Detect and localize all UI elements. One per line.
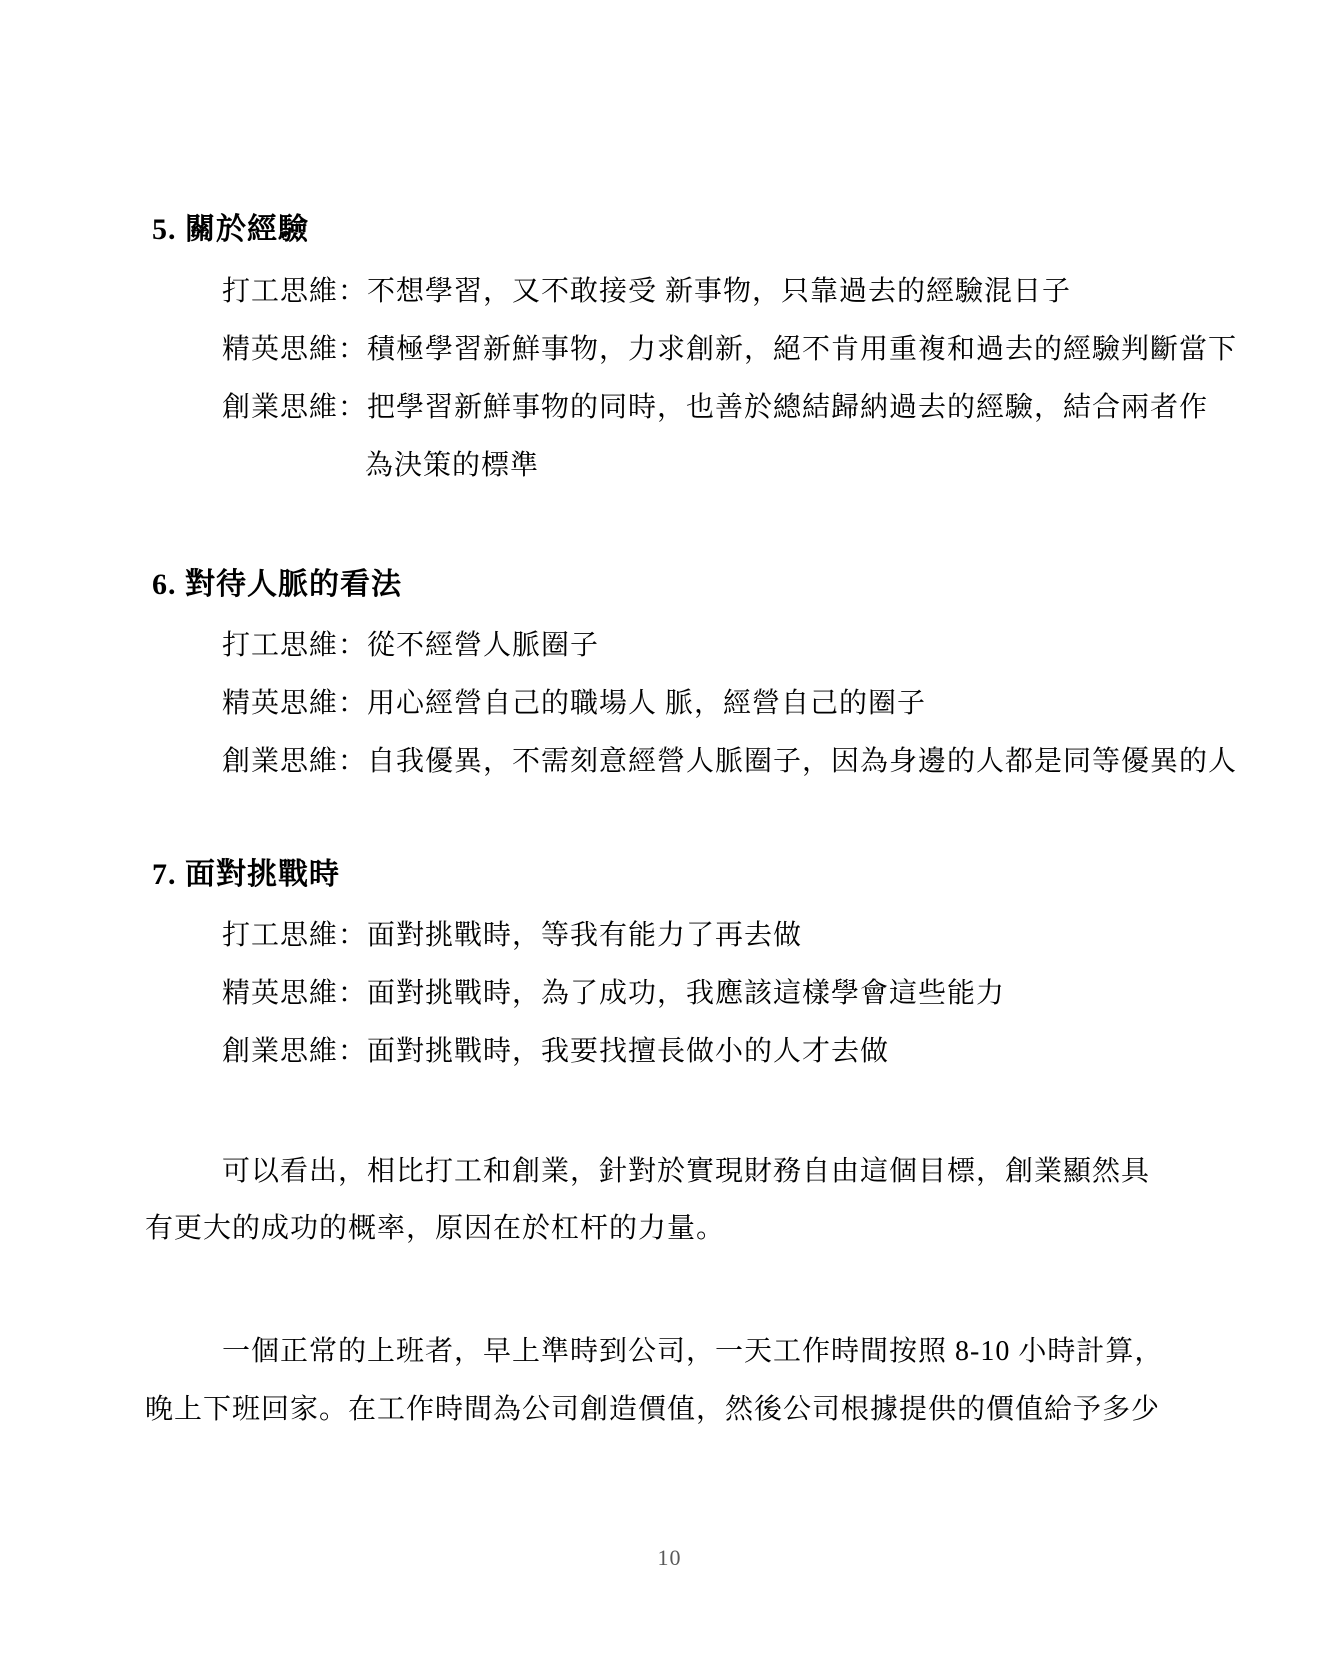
section-7-heading: 7. 面對挑戰時	[152, 858, 340, 893]
section-5-continuation-line: 為決策的標準	[365, 450, 539, 482]
section-6-elite-mindset-line: 精英思維：用心經營自己的職場人 脈，經營自己的圈子	[222, 688, 926, 720]
section-6-entrepreneur-mindset-line: 創業思維：自我優異，不需刻意經營人脈圈子，因為身邊的人都是同等優異的人	[222, 746, 1237, 778]
section-5-elite-mindset-line: 精英思維：積極學習新鮮事物，力求創新，絕不肯用重複和過去的經驗判斷當下	[222, 334, 1237, 366]
document-page: 5. 關於經驗 打工思維：不想學習，又不敢接受 新事物，只靠過去的經驗混日子 精…	[0, 0, 1339, 1654]
page-number: 10	[0, 1545, 1339, 1571]
section-5-heading: 5. 關於經驗	[152, 213, 309, 248]
section-5-entrepreneur-mindset-line: 創業思維：把學習新鮮事物的同時，也善於總結歸納過去的經驗，結合兩者作	[222, 392, 1208, 424]
conclusion-paragraph-line-1: 可以看出，相比打工和創業，針對於實現財務自由這個目標，創業顯然具	[222, 1156, 1150, 1188]
section-6-worker-mindset-line: 打工思維：從不經營人脈圈子	[222, 630, 599, 662]
conclusion-paragraph-line-2: 有更大的成功的概率，原因在於杠杆的力量。	[145, 1213, 725, 1245]
worker-day-paragraph-line-1: 一個正常的上班者，早上準時到公司，一天工作時間按照 8-10 小時計算，	[222, 1336, 1163, 1368]
section-5-worker-mindset-line: 打工思維：不想學習，又不敢接受 新事物，只靠過去的經驗混日子	[222, 276, 1071, 308]
section-6-heading: 6. 對待人脈的看法	[152, 568, 402, 603]
section-7-worker-mindset-line: 打工思維：面對挑戰時，等我有能力了再去做	[222, 920, 802, 952]
section-7-entrepreneur-mindset-line: 創業思維：面對挑戰時，我要找擅長做小的人才去做	[222, 1036, 889, 1068]
worker-day-paragraph-line-2: 晚上下班回家。在工作時間為公司創造價值，然後公司根據提供的價值給予多少	[145, 1394, 1160, 1426]
section-7-elite-mindset-line: 精英思維：面對挑戰時，為了成功，我應該這樣學會這些能力	[222, 978, 1005, 1010]
